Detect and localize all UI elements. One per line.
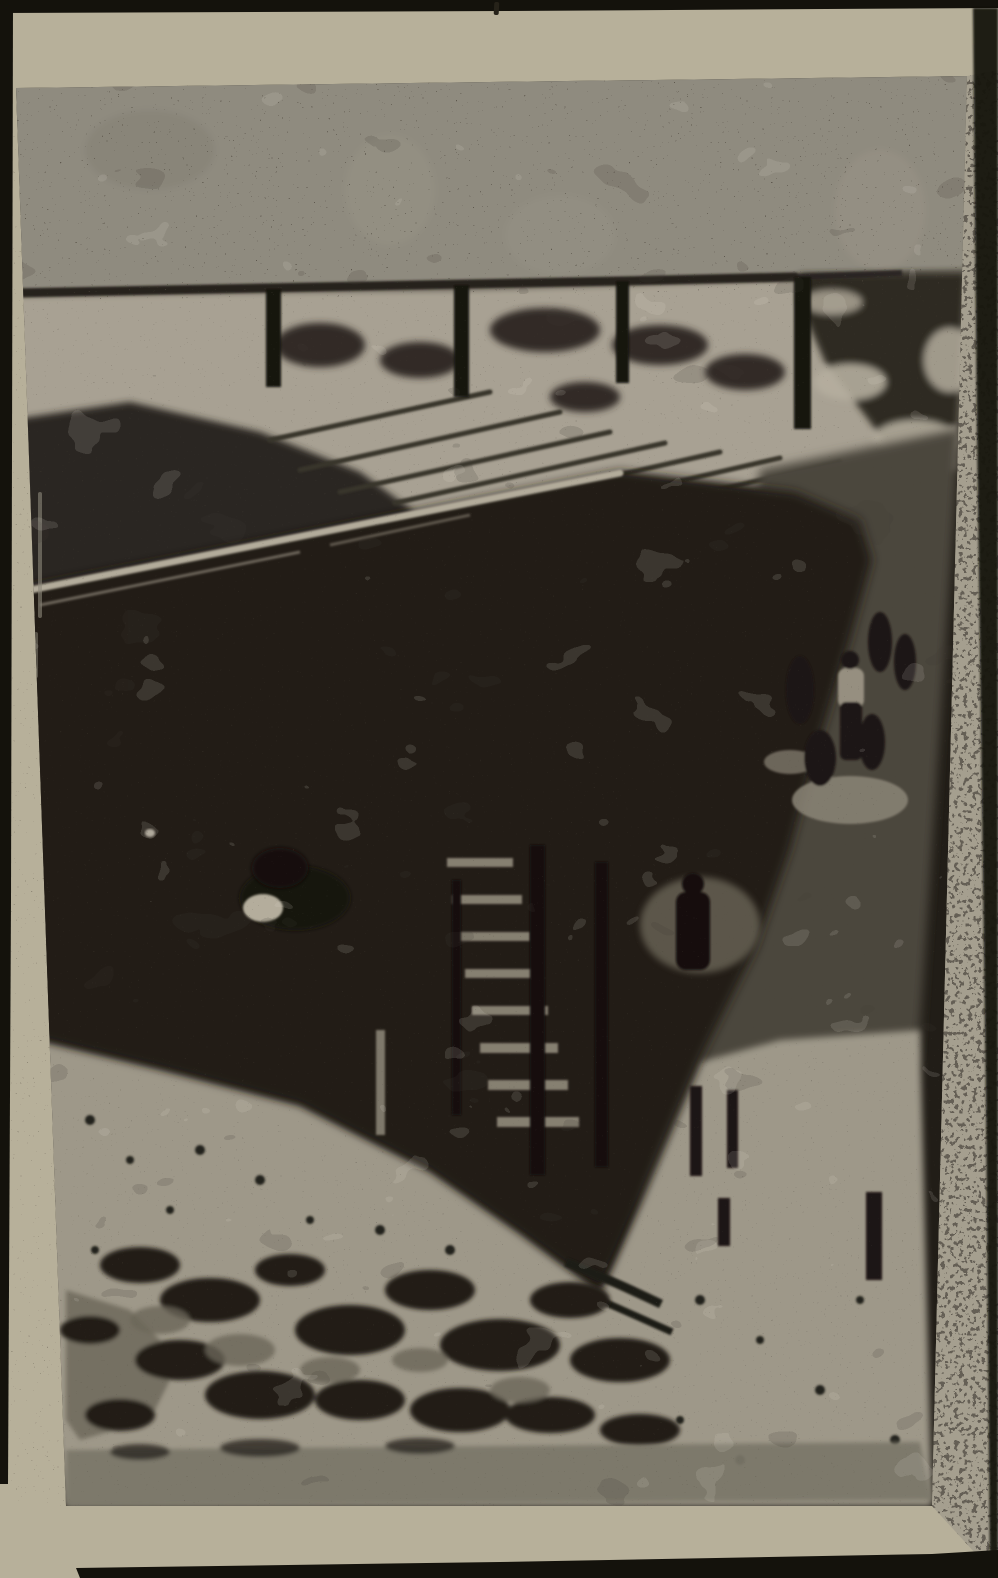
top-center-tick: [494, 2, 500, 15]
photo-area: [10, 70, 976, 1515]
halftone-photograph: [0, 0, 998, 1578]
halftone-grain: [10, 70, 975, 1510]
scanned-page: [0, 0, 998, 1578]
